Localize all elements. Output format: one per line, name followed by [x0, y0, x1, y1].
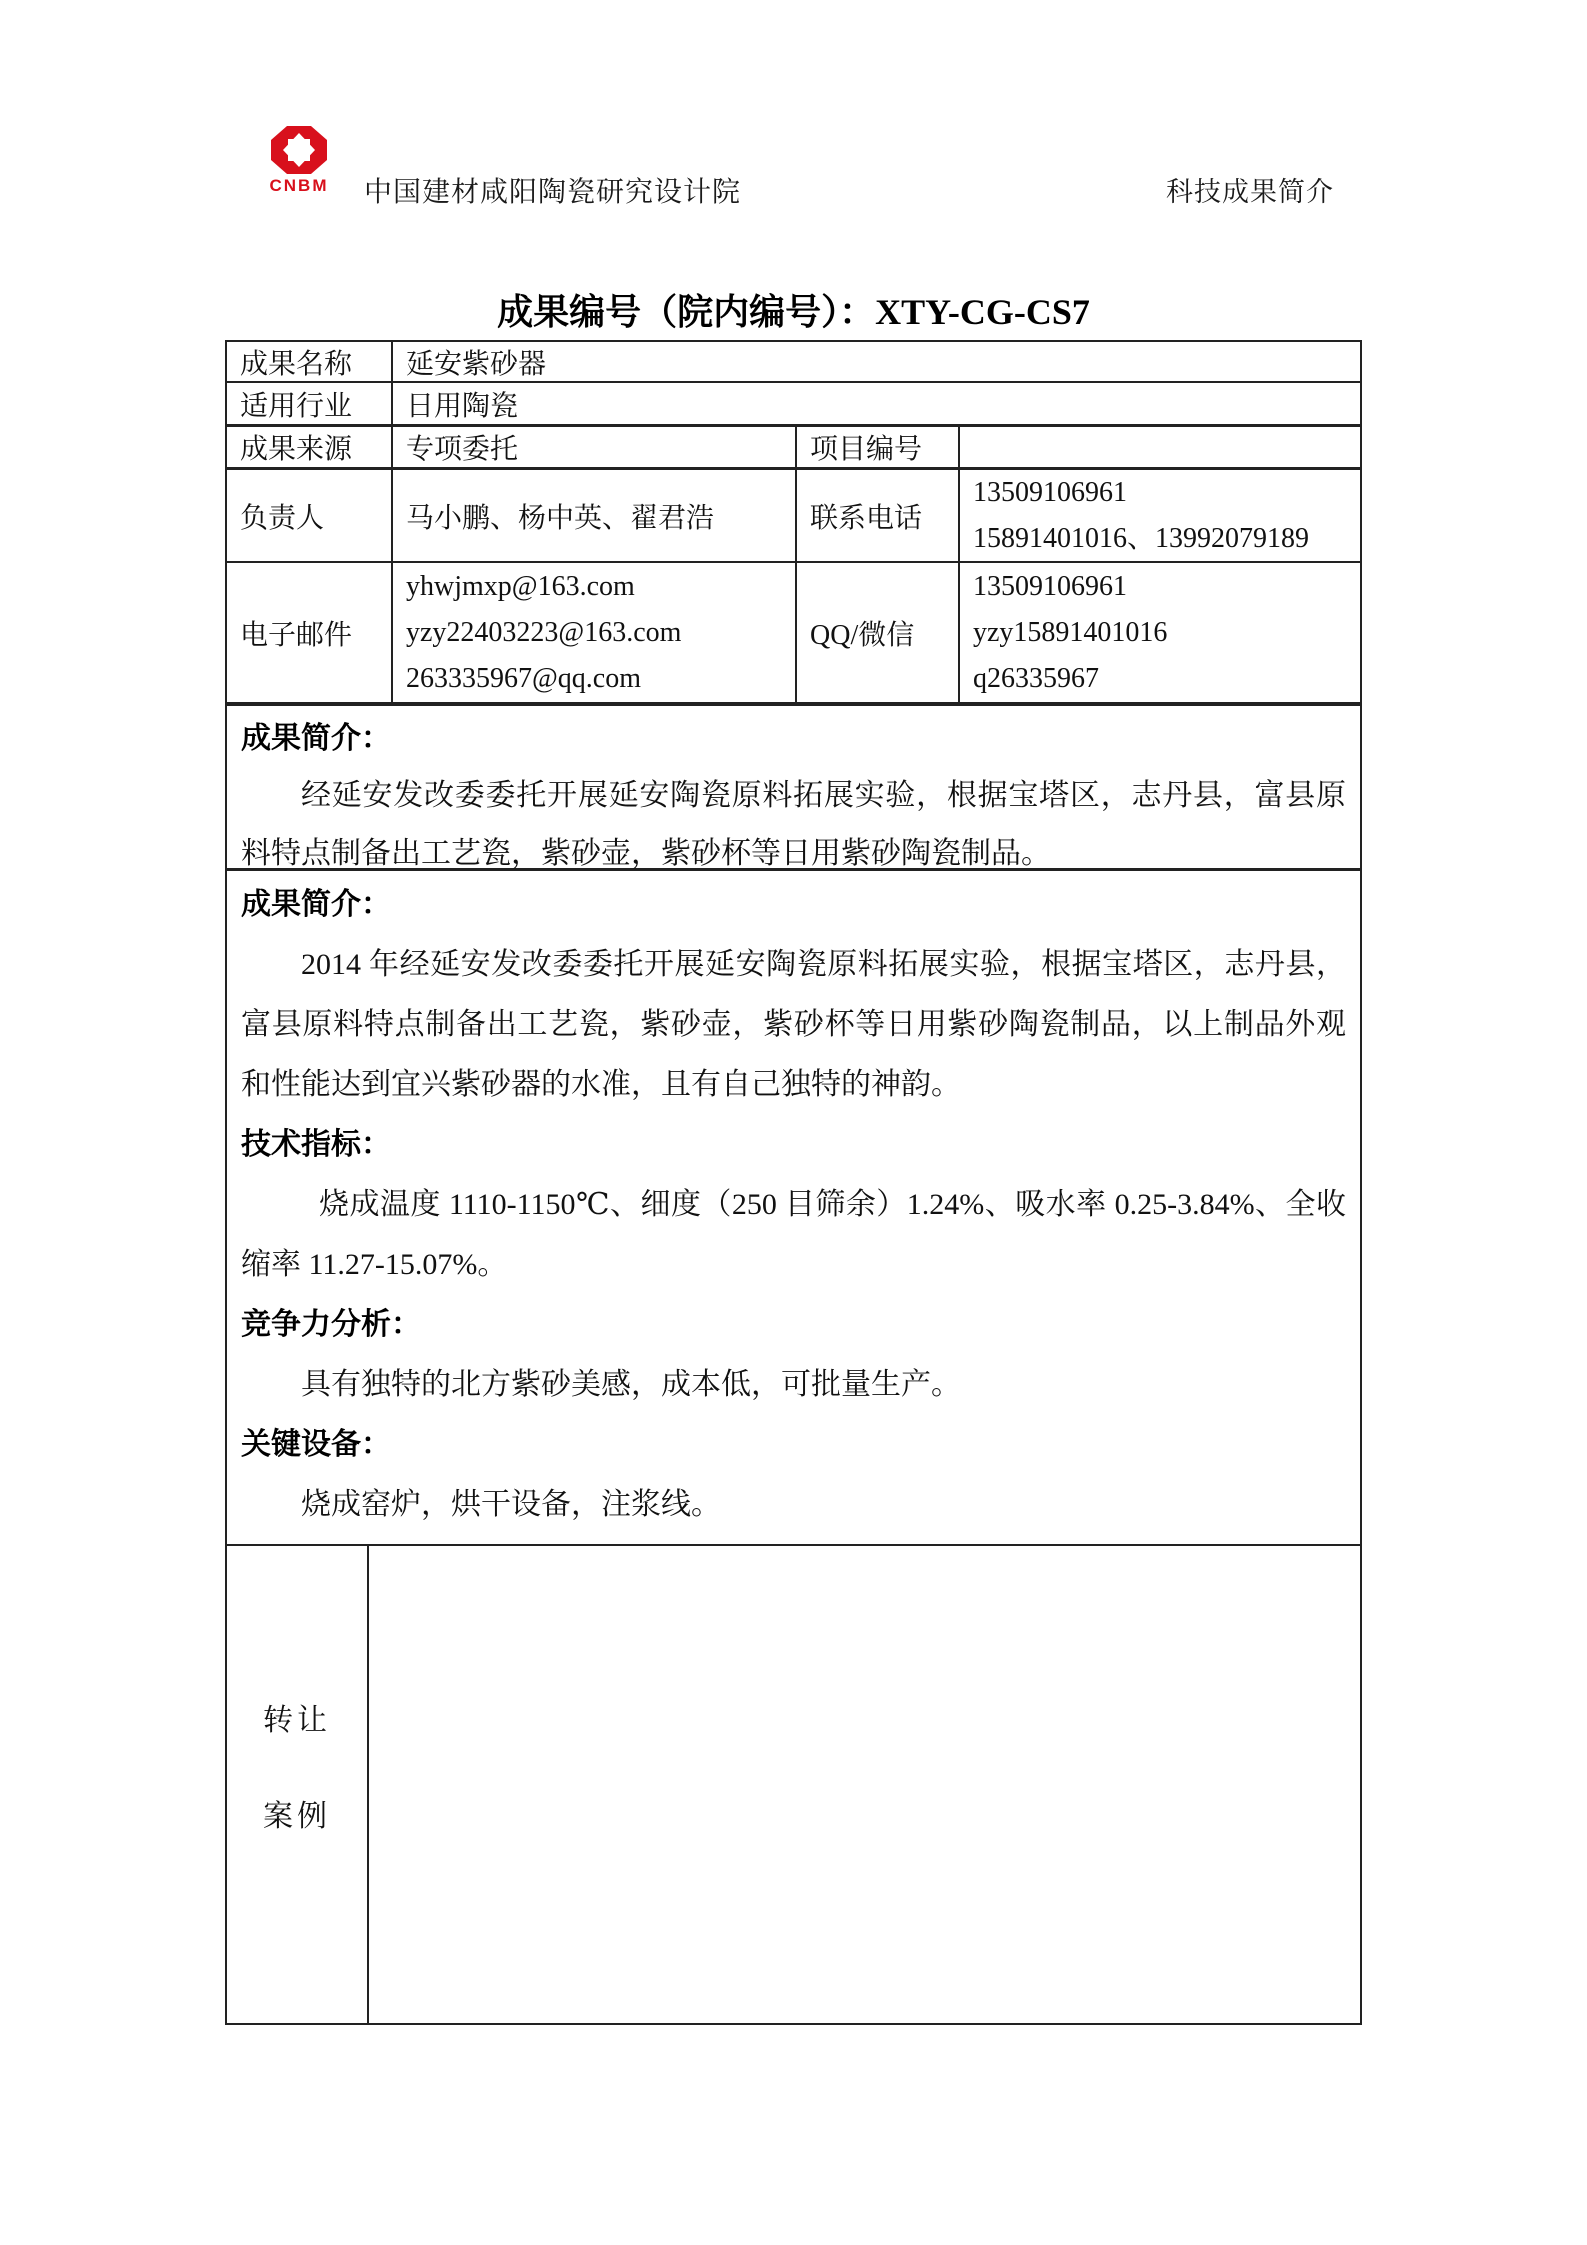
page-title: 成果编号（院内编号）：XTY-CG-CS7 [0, 284, 1587, 335]
qq-line: yzy15891401016 [973, 610, 1167, 656]
document-page: CNBM 中国建材咸阳陶瓷研究设计院 科技成果简介 成果编号（院内编号）：XTY… [0, 0, 1587, 2245]
transfer-label-line: 转让 [263, 1695, 331, 1739]
email-value: yhwjmxp@163.com yzy22403223@163.com 2633… [393, 563, 797, 702]
source-label: 成果来源 [227, 427, 393, 467]
summary-section-1: 成果简介： 经延安发改委委托开展延安陶瓷原料拓展实验，根据宝塔区，志丹县，富县原… [227, 706, 1360, 871]
transfer-label-line: 案例 [263, 1791, 331, 1835]
phone-line: 15891401016、13992079189 [973, 516, 1309, 562]
result-name-label: 成果名称 [227, 342, 393, 381]
email-line: yzy22403223@163.com [406, 610, 681, 656]
project-number-label: 项目编号 [797, 427, 960, 467]
table-row: 电子邮件 yhwjmxp@163.com yzy22403223@163.com… [227, 563, 1360, 706]
table-row: 成果来源 专项委托 项目编号 [227, 427, 1360, 470]
equipment-heading: 关键设备： [241, 1415, 1346, 1475]
tech-body: 烧成温度 1110-1150℃、细度（250 目筛余）1.24%、吸水率 0.2… [241, 1175, 1346, 1295]
email-line: yhwjmxp@163.com [406, 564, 635, 610]
qq-line: 13509106961 [973, 564, 1127, 610]
phone-value: 13509106961 15891401016、13992079189 [960, 470, 1360, 561]
result-name-value: 延安紫砂器 [393, 342, 1360, 381]
email-label: 电子邮件 [227, 563, 393, 702]
equipment-body: 烧成窑炉，烘干设备，注浆线。 [241, 1475, 1346, 1535]
cnbm-octagon-star-icon [268, 126, 330, 174]
transfer-case-value [369, 1546, 1360, 2023]
organization-name: 中国建材咸阳陶瓷研究设计院 [364, 170, 741, 210]
qq-line: q26335967 [973, 656, 1099, 702]
leader-label: 负责人 [227, 470, 393, 561]
summary1-heading: 成果简介： [241, 710, 1346, 767]
competitive-heading: 竞争力分析： [241, 1295, 1346, 1355]
cnbm-logo: CNBM [268, 126, 330, 196]
leader-value: 马小鹏、杨中英、翟君浩 [393, 470, 797, 561]
qq-wechat-label: QQ/微信 [797, 563, 960, 702]
summary2-body: 2014 年经延安发改委委托开展延安陶瓷原料拓展实验，根据宝塔区，志丹县，富县原… [241, 935, 1346, 1115]
detail-section: 成果简介： 2014 年经延安发改委委托开展延安陶瓷原料拓展实验，根据宝塔区，志… [227, 871, 1360, 1546]
transfer-case-row: 转让 案例 [227, 1546, 1360, 2023]
summary2-heading: 成果简介： [241, 875, 1346, 935]
transfer-case-label: 转让 案例 [227, 1546, 369, 2023]
cnbm-logo-text: CNBM [268, 176, 330, 196]
phone-label: 联系电话 [797, 470, 960, 561]
table-row: 成果名称 延安紫砂器 [227, 342, 1360, 383]
summary1-body: 经延安发改委委托开展延安陶瓷原料拓展实验，根据宝塔区，志丹县，富县原料特点制备出… [241, 767, 1346, 883]
document-type-label: 科技成果简介 [1166, 170, 1334, 209]
table-row: 适用行业 日用陶瓷 [227, 383, 1360, 427]
result-summary-table: 成果名称 延安紫砂器 适用行业 日用陶瓷 成果来源 专项委托 项目编号 负责人 … [225, 340, 1362, 2025]
industry-value: 日用陶瓷 [393, 383, 1360, 424]
project-number-value [960, 427, 1360, 467]
table-row: 负责人 马小鹏、杨中英、翟君浩 联系电话 13509106961 1589140… [227, 470, 1360, 563]
qq-wechat-value: 13509106961 yzy15891401016 q26335967 [960, 563, 1360, 702]
industry-label: 适用行业 [227, 383, 393, 424]
tech-heading: 技术指标： [241, 1115, 1346, 1175]
phone-line: 13509106961 [973, 470, 1127, 516]
source-value: 专项委托 [393, 427, 797, 467]
email-line: 263335967@qq.com [406, 656, 641, 702]
competitive-body: 具有独特的北方紫砂美感，成本低，可批量生产。 [241, 1355, 1346, 1415]
